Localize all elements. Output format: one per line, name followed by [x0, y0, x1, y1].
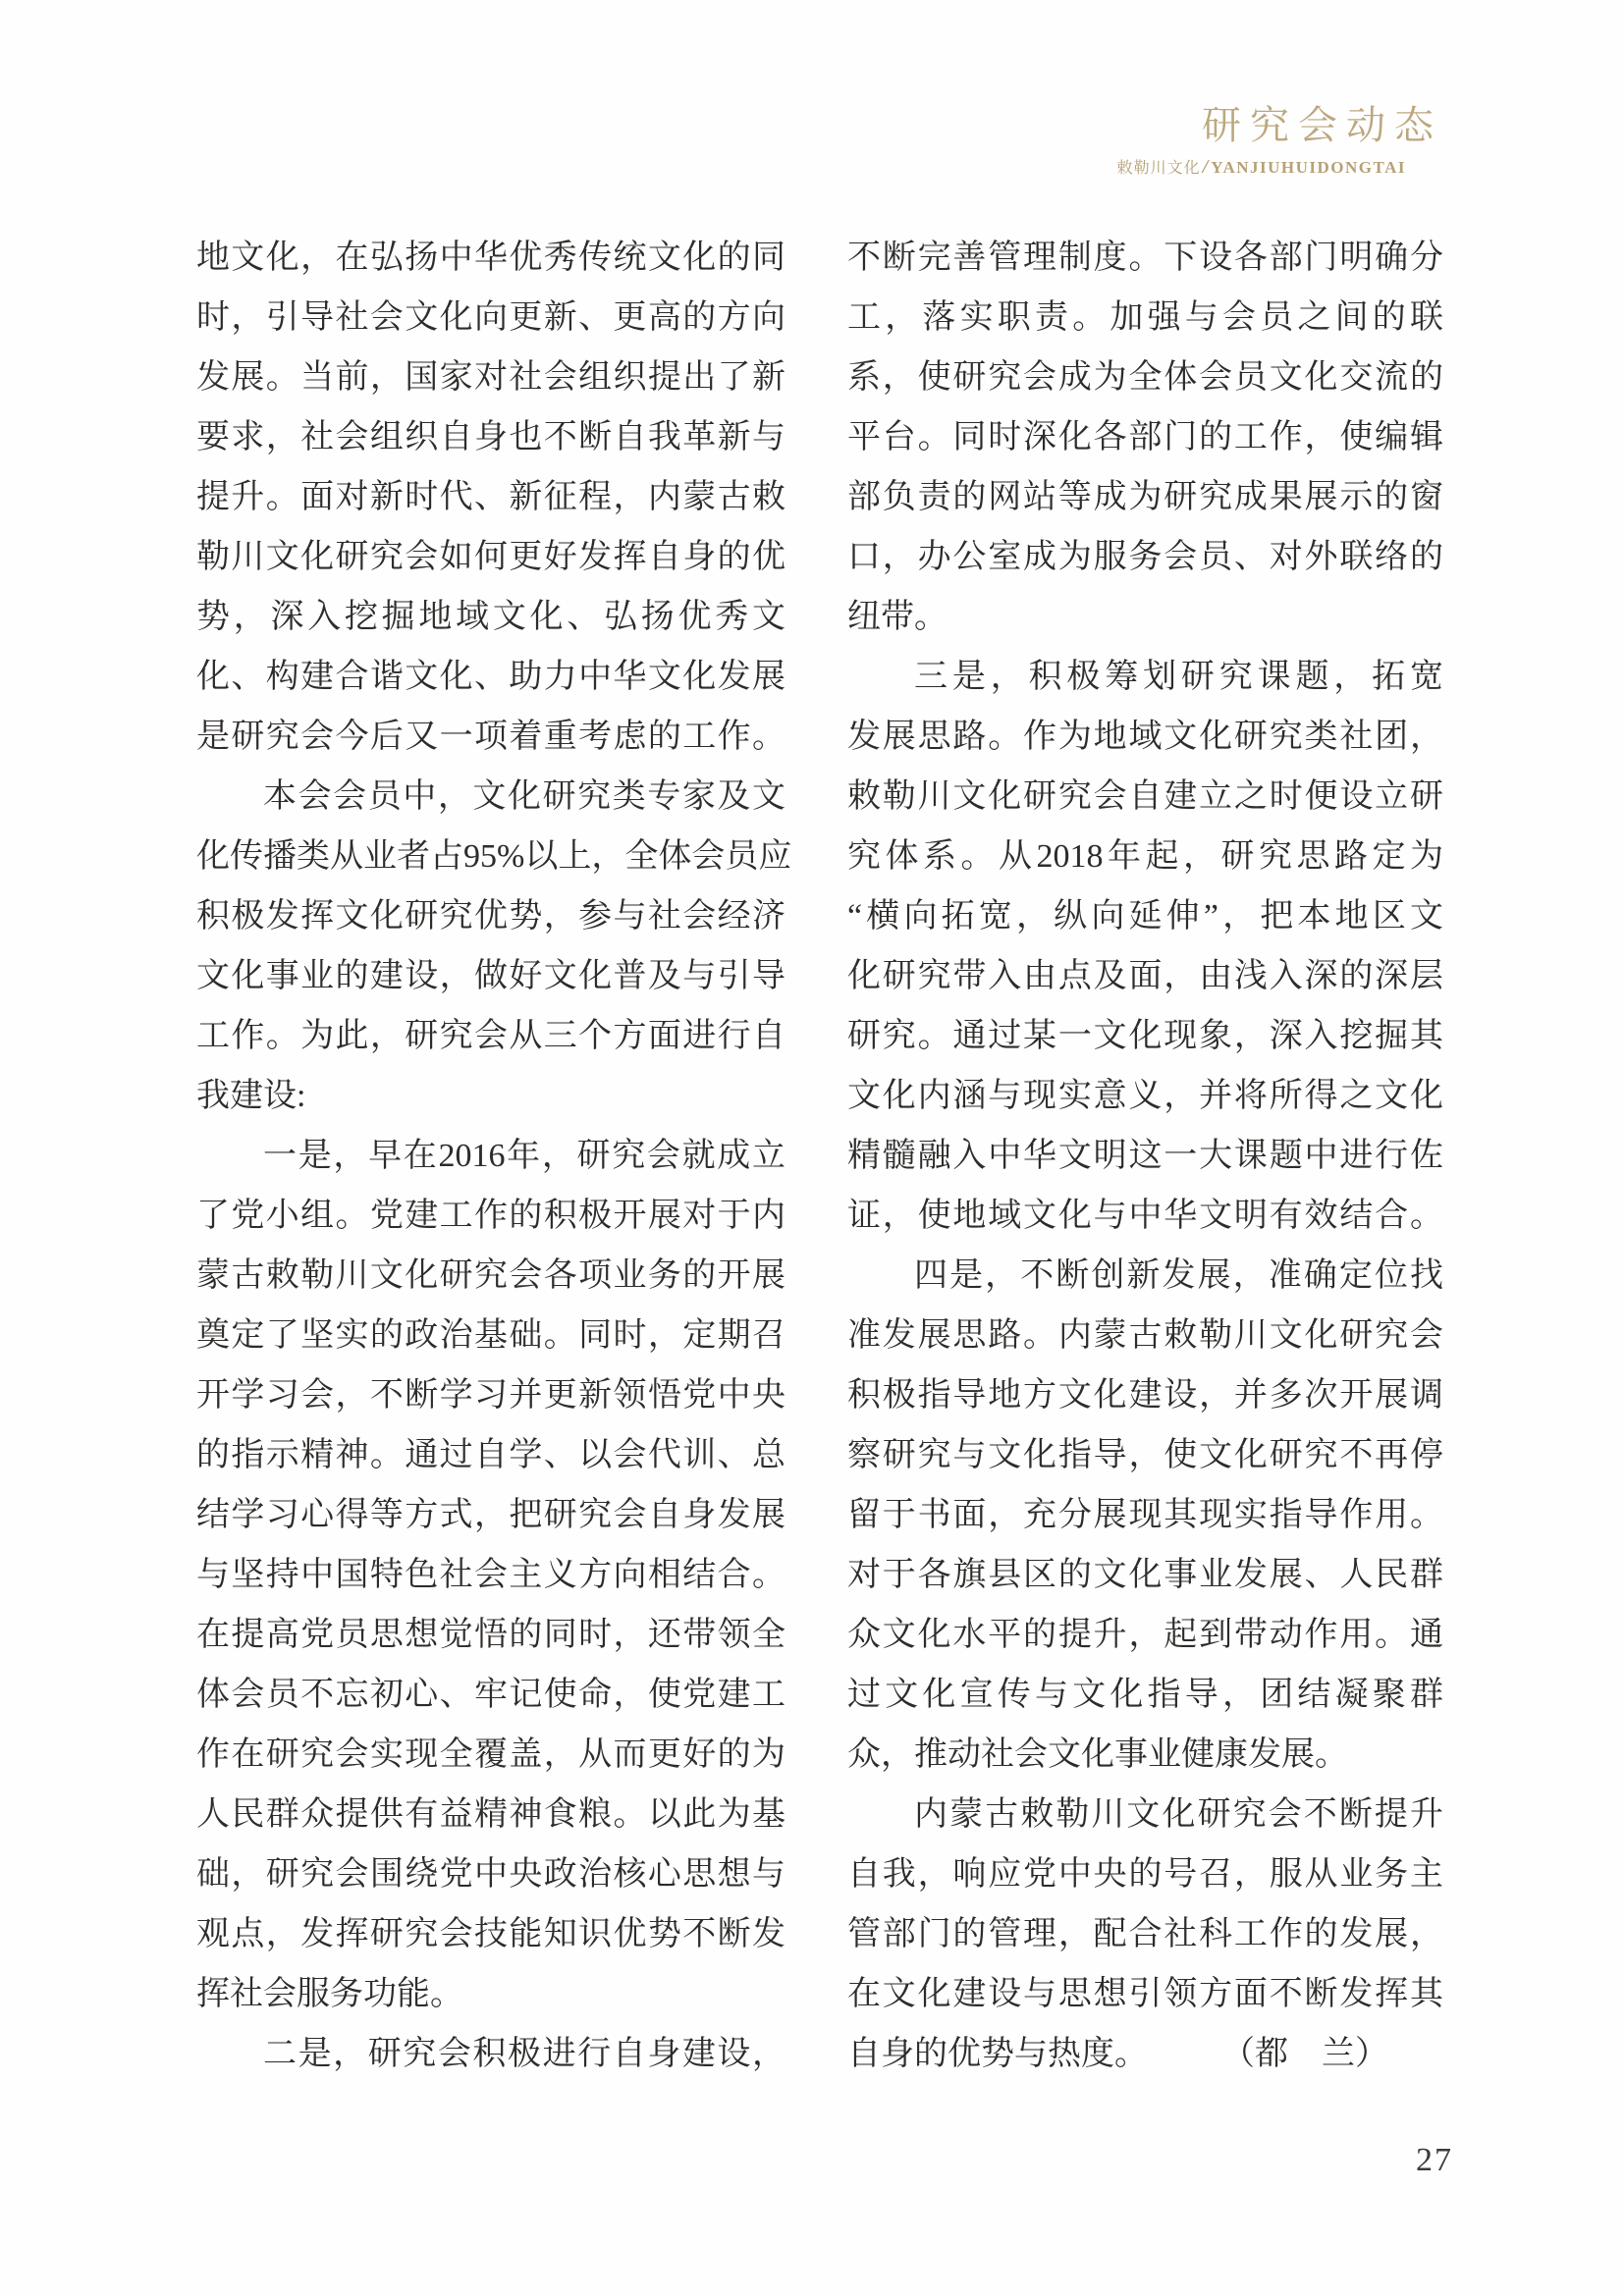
text-line: 挥社会服务功能。 — [196, 1964, 785, 2024]
text-line: 众文化水平的提升，起到带动作用。通 — [847, 1605, 1443, 1665]
text-line: 地文化，在弘扬中华优秀传统文化的同 — [196, 228, 785, 288]
text-line: 精髓融入中华文明这一大课题中进行佐 — [847, 1126, 1443, 1186]
text-line: “横向拓宽，纵向延伸”，把本地区文 — [847, 886, 1443, 946]
text-line: 势，深入挖掘地域文化、弘扬优秀文 — [196, 587, 785, 647]
text-line: 的指示精神。通过自学、以会代训、总 — [196, 1425, 785, 1485]
subtitle-cn: 敕勒川文化 — [1117, 160, 1201, 177]
text-line: 平台。同时深化各部门的工作，使编辑 — [847, 407, 1443, 467]
text-line: 了党小组。党建工作的积极开展对于内 — [196, 1186, 785, 1246]
text-line: 结学习心得等方式，把研究会自身发展 — [196, 1485, 785, 1545]
text-line: 对于各旗县区的文化事业发展、人民群 — [847, 1545, 1443, 1605]
text-line: 化、构建合谐文化、助力中华文化发展 — [196, 647, 785, 707]
subtitle-en: YANJIUHUIDONGTAI — [1211, 158, 1406, 177]
text-line: 纽带。 — [847, 587, 1443, 647]
text-line: 一是，早在2016年，研究会就成立 — [196, 1126, 785, 1186]
closing-sentence: 自身的优势与热度。 — [847, 2024, 1148, 2084]
text-line: 过文化宣传与文化指导，团结凝聚群 — [847, 1665, 1443, 1725]
text-line: 究体系。从2018年起，研究思路定为 — [847, 827, 1443, 886]
subtitle-slash-icon: / — [1203, 156, 1210, 178]
text-line: 我建设: — [196, 1066, 785, 1126]
text-line: 奠定了坚实的政治基础。同时，定期召 — [196, 1306, 785, 1365]
text-line: 勒川文化研究会如何更好发挥自身的优 — [196, 527, 785, 587]
text-line: 敕勒川文化研究会自建立之时便设立研 — [847, 767, 1443, 827]
text-line: 人民群众提供有益精神食粮。以此为基 — [196, 1785, 785, 1844]
text-line: 二是，研究会积极进行自身建设， — [196, 2024, 785, 2084]
text-line: 部负责的网站等成为研究成果展示的窗 — [847, 467, 1443, 527]
text-line: 察研究与文化指导，使文化研究不再停 — [847, 1425, 1443, 1485]
text-line: 开学习会，不断学习并更新领悟党中央 — [196, 1365, 785, 1425]
page-header: 研究会动态 敕勒川文化/YANJIUHUIDONGTAI — [1117, 102, 1434, 179]
text-line: 发展思路。作为地域文化研究类社团， — [847, 707, 1443, 767]
text-line: 时，引导社会文化向更新、更高的方向 — [196, 288, 785, 347]
text-line: 文化事业的建设，做好文化普及与引导 — [196, 946, 785, 1006]
text-line: 文化内涵与现实意义，并将所得之文化 — [847, 1066, 1443, 1126]
text-line: 内蒙古敕勒川文化研究会不断提升 — [847, 1785, 1443, 1844]
text-line: 化传播类从业者占95%以上，全体会员应 — [196, 827, 785, 886]
text-line: 准发展思路。内蒙古敕勒川文化研究会 — [847, 1306, 1443, 1365]
column-right: 不断完善管理制度。下设各部门明确分工，落实职责。加强与会员之间的联系，使研究会成… — [847, 228, 1443, 2084]
article-body: 地文化，在弘扬中华优秀传统文化的同时，引导社会文化向更新、更高的方向发展。当前，… — [196, 228, 1443, 2084]
text-line: 研究。通过某一文化现象，深入挖掘其 — [847, 1006, 1443, 1066]
author-byline: （都 兰） — [1221, 2024, 1443, 2084]
text-line: 蒙古敕勒川文化研究会各项业务的开展 — [196, 1246, 785, 1306]
text-line: 积极指导地方文化建设，并多次开展调 — [847, 1365, 1443, 1425]
text-line: 在文化建设与思想引领方面不断发挥其 — [847, 1964, 1443, 2024]
magazine-page: 研究会动态 敕勒川文化/YANJIUHUIDONGTAI 地文化，在弘扬中华优秀… — [0, 0, 1624, 2296]
section-title: 研究会动态 — [1117, 102, 1442, 149]
text-line: 础，研究会围绕党中央政治核心思想与 — [196, 1844, 785, 1904]
text-line: 留于书面，充分展现其现实指导作用。 — [847, 1485, 1443, 1545]
text-line: 众，推动社会文化事业健康发展。 — [847, 1725, 1443, 1785]
text-line: 三是，积极筹划研究课题，拓宽 — [847, 647, 1443, 707]
text-line: 体会员不忘初心、牢记使命，使党建工 — [196, 1665, 785, 1725]
text-line: 是研究会今后又一项着重考虑的工作。 — [196, 707, 785, 767]
text-line: 要求，社会组织自身也不断自我革新与 — [196, 407, 785, 467]
text-line: 提升。面对新时代、新征程，内蒙古敕 — [196, 467, 785, 527]
text-line: 与坚持中国特色社会主义方向相结合。 — [196, 1545, 785, 1605]
text-line: 自我，响应党中央的号召，服从业务主 — [847, 1844, 1443, 1904]
text-line: 发展。当前，国家对社会组织提出了新 — [196, 347, 785, 407]
column-left: 地文化，在弘扬中华优秀传统文化的同时，引导社会文化向更新、更高的方向发展。当前，… — [196, 228, 785, 2084]
text-line: 证，使地域文化与中华文明有效结合。 — [847, 1186, 1443, 1246]
text-line: 不断完善管理制度。下设各部门明确分 — [847, 228, 1443, 288]
section-subtitle: 敕勒川文化/YANJIUHUIDONGTAI — [1117, 155, 1406, 179]
text-line: 管部门的管理，配合社科工作的发展， — [847, 1904, 1443, 1964]
page-number: 27 — [1416, 2142, 1453, 2179]
text-line: 在提高党员思想觉悟的同时，还带领全 — [196, 1605, 785, 1665]
text-line: 系，使研究会成为全体会员文化交流的 — [847, 347, 1443, 407]
text-line: 四是，不断创新发展，准确定位找 — [847, 1246, 1443, 1306]
text-line: 化研究带入由点及面，由浅入深的深层 — [847, 946, 1443, 1006]
text-line: 工作。为此，研究会从三个方面进行自 — [196, 1006, 785, 1066]
text-line: 自身的优势与热度。（都 兰） — [847, 2024, 1443, 2084]
text-line: 作在研究会实现全覆盖，从而更好的为 — [196, 1725, 785, 1785]
text-line: 工，落实职责。加强与会员之间的联 — [847, 288, 1443, 347]
text-line: 口，办公室成为服务会员、对外联络的 — [847, 527, 1443, 587]
text-line: 积极发挥文化研究优势，参与社会经济 — [196, 886, 785, 946]
text-line: 本会会员中，文化研究类专家及文 — [196, 767, 785, 827]
text-line: 观点，发挥研究会技能知识优势不断发 — [196, 1904, 785, 1964]
